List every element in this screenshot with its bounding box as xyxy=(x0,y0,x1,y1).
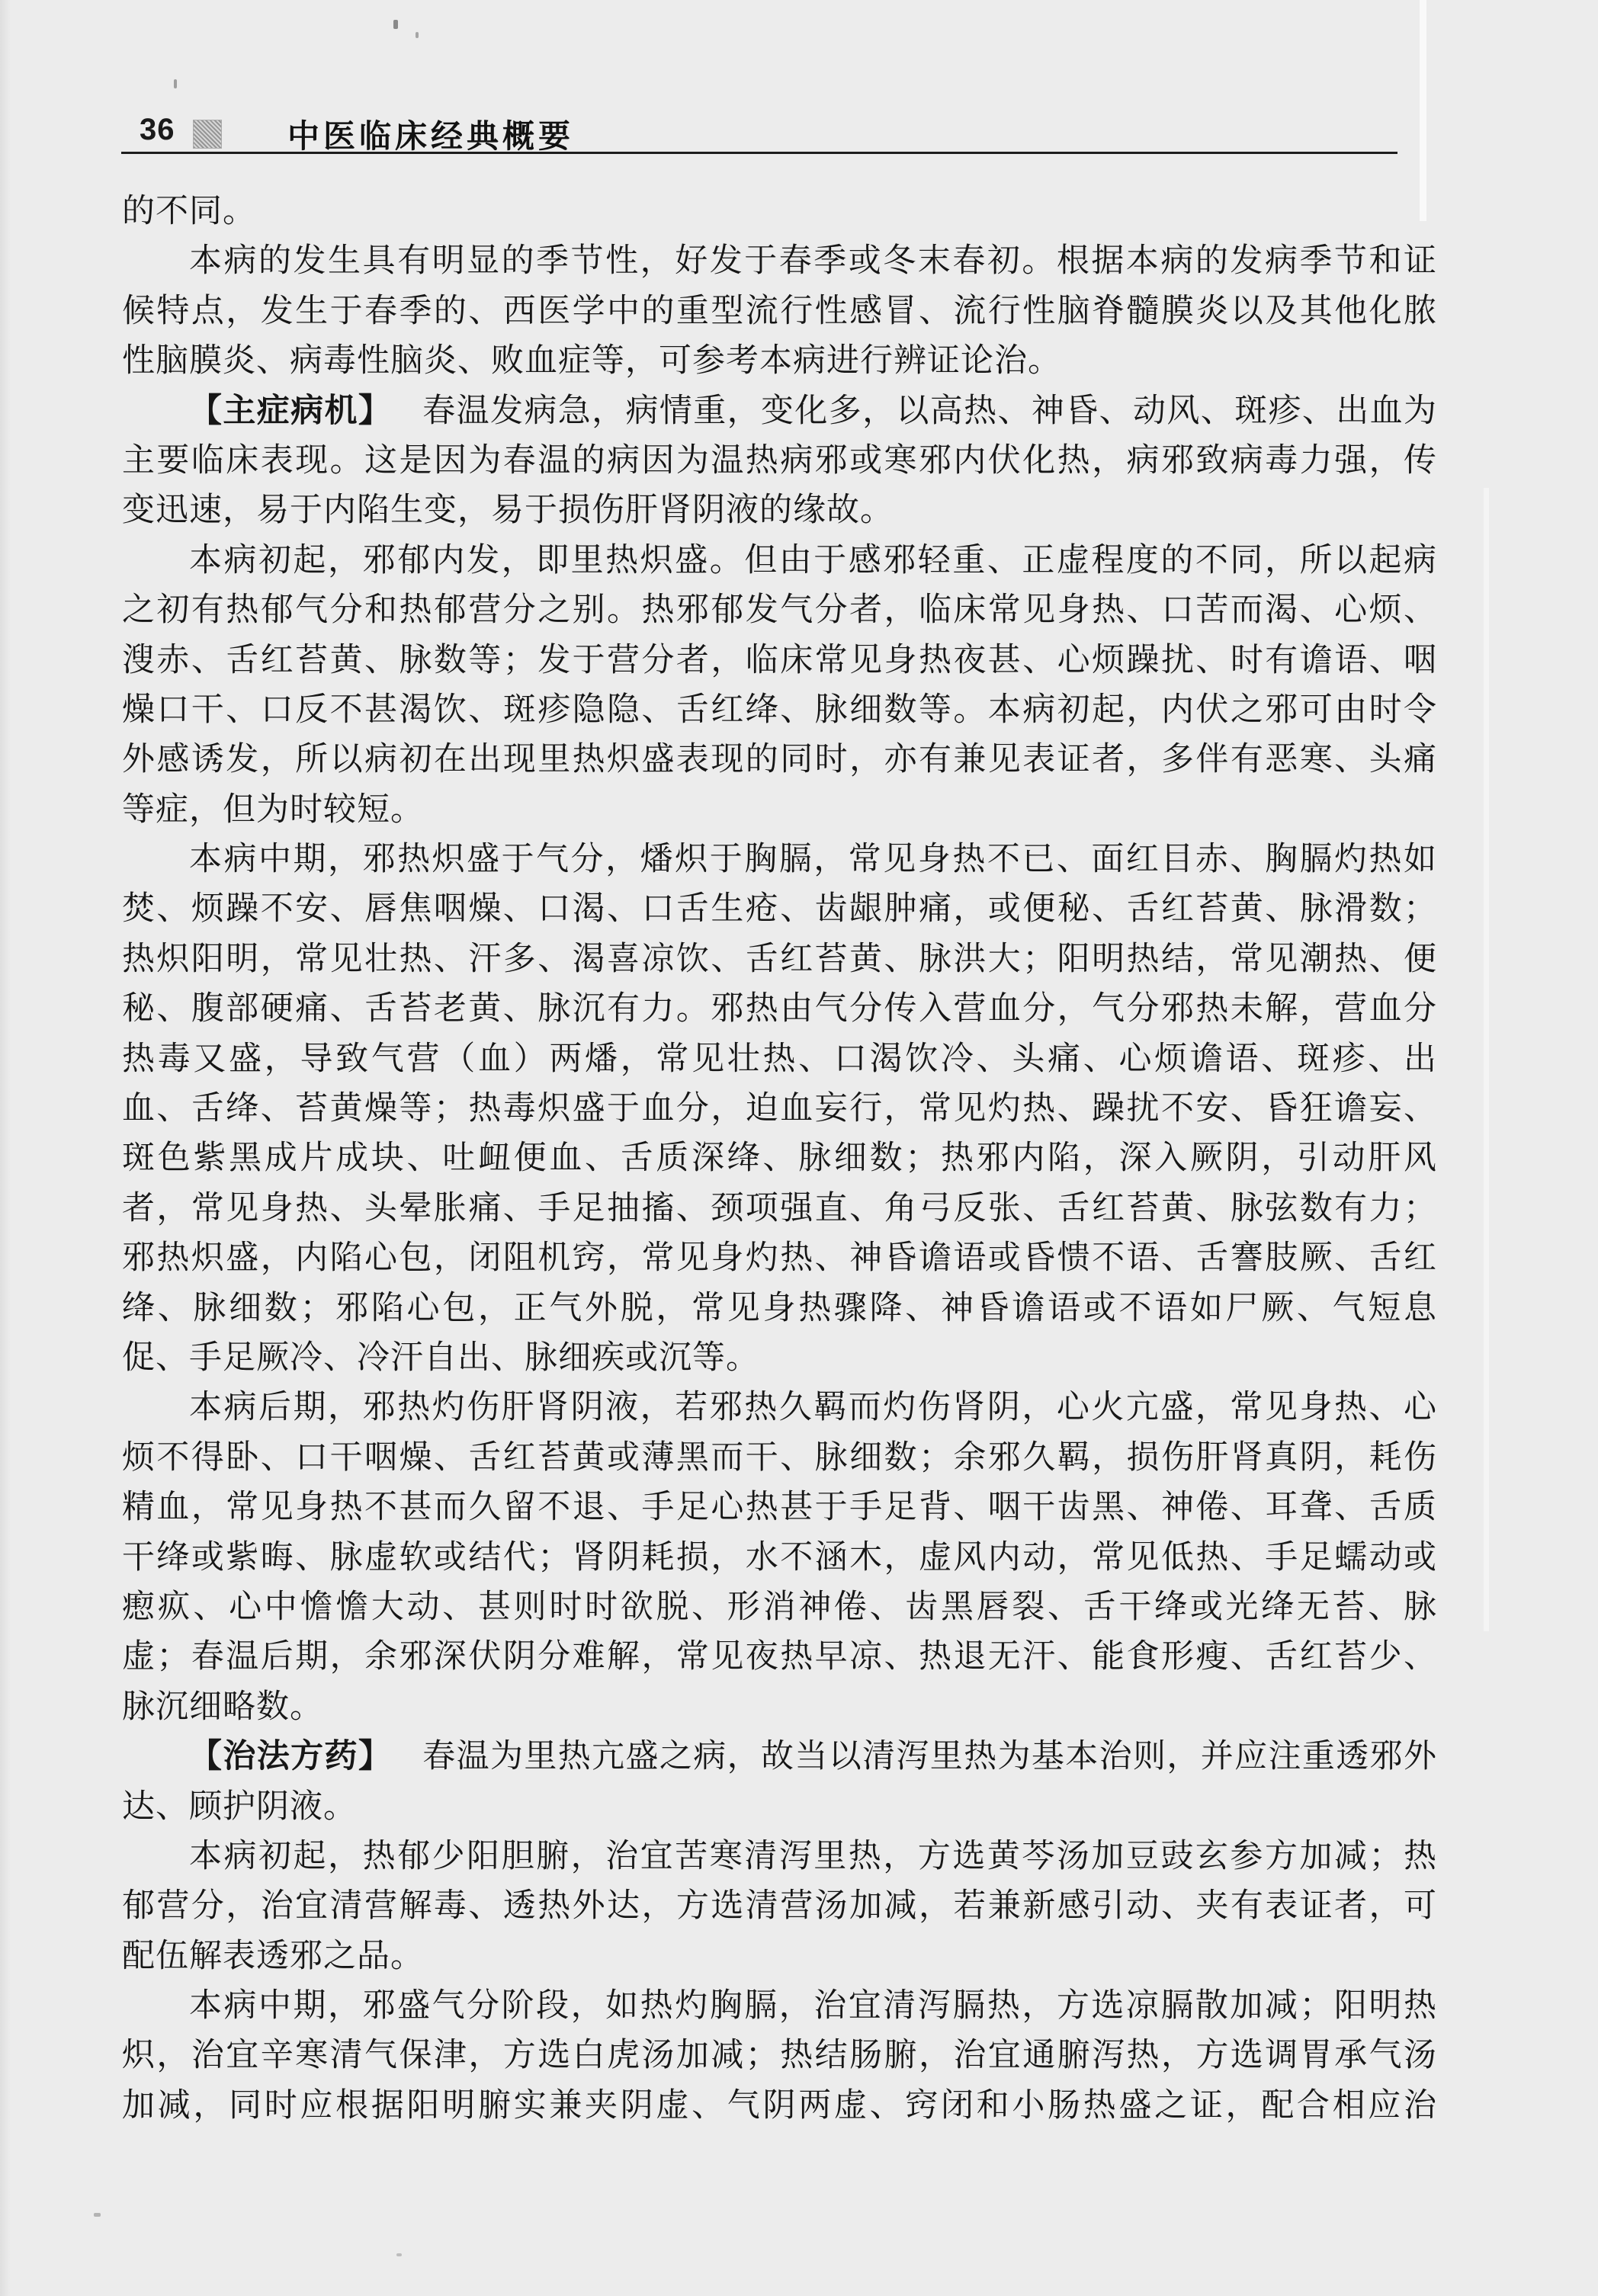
text-line: 【治法方药】春温为里热亢盛之病，故当以清泻里热为基本治则，并应注重透邪外 xyxy=(122,1732,1437,1781)
text-line: 本病的发生具有明显的季节性，好发于春季或冬末春初。根据本病的发病季节和证 xyxy=(122,236,1437,286)
text-line: 者，常见身热、头晕胀痛、手足抽搐、颈项强直、角弓反张、舌红苔黄、脉弦数有力； xyxy=(122,1184,1437,1233)
text-line: 脉沉细略数。 xyxy=(122,1682,1437,1732)
text-line: 等症，但为时较短。 xyxy=(122,785,1437,835)
text-line: 热炽阳明，常见壮热、汗多、渴喜凉饮、舌红苔黄、脉洪大；阳明热结，常见潮热、便 xyxy=(122,935,1437,984)
text-line: 溲赤、舌红苔黄、脉数等；发于营分者，临床常见身热夜甚、心烦躁扰、时有谵语、咽 xyxy=(122,636,1437,685)
text-line: 瘛疭、心中憺憺大动、甚则时时欲脱、形消神倦、齿黑唇裂、舌干绛或光绛无苔、脉 xyxy=(122,1583,1437,1632)
text-line: 炽，治宜辛寒清气保津，方选白虎汤加减；热结肠腑，治宜通腑泻热，方选调胃承气汤 xyxy=(122,2031,1437,2080)
text-line: 干绛或紫晦、脉虚软或结代；肾阴耗损，水不涵木，虚风内动，常见低热、手足蠕动或 xyxy=(122,1533,1437,1583)
text-line: 郁营分，治宜清营解毒、透热外达，方选清营汤加减，若兼新感引动、夹有表证者，可 xyxy=(122,1881,1437,1931)
text-line: 邪热炽盛，内陷心包，闭阻机窍，常见身灼热、神昏谵语或昏愦不语、舌謇肢厥、舌红 xyxy=(122,1233,1437,1283)
book-page: 36 中医临床经典概要 的不同。本病的发生具有明显的季节性，好发于春季或冬末春初… xyxy=(0,0,1598,2296)
text-line: 本病后期，邪热灼伤肝肾阴液，若邪热久羁而灼伤肾阴，心火亢盛，常见身热、心 xyxy=(122,1383,1437,1432)
scan-speck xyxy=(393,20,398,29)
text-line: 主要临床表现。这是因为春温的病因为温热病邪或寒邪内伏化热，病邪致病毒力强，传 xyxy=(122,436,1437,486)
text-line: 烦不得卧、口干咽燥、舌红苔黄或薄黑而干、脉细数；余邪久羁，损伤肝肾真阴，耗伤 xyxy=(122,1433,1437,1483)
text-line: 的不同。 xyxy=(122,187,1437,236)
header-rule xyxy=(121,152,1397,154)
scan-streak xyxy=(1484,488,1489,1631)
text-line: 虚；春温后期，余邪深伏阴分难解，常见夜热早凉、热退无汗、能食形瘦、舌红苔少、 xyxy=(122,1632,1437,1682)
text-line: 焚、烦躁不安、唇焦咽燥、口渴、口舌生疮、齿龈肿痛，或便秘、舌红苔黄、脉滑数； xyxy=(122,884,1437,934)
scan-streak xyxy=(1420,0,1426,221)
text-line: 加减，同时应根据阳明腑实兼夹阴虚、气阴两虚、窍闭和小肠热盛之证，配合相应治 xyxy=(122,2081,1437,2131)
text-line: 热毒又盛，导致气营（血）两燔，常见壮热、口渴饮冷、头痛、心烦谵语、斑疹、出 xyxy=(122,1034,1437,1084)
text-line: 外感诱发，所以病初在出现里热炽盛表现的同时，亦有兼见表证者，多伴有恶寒、头痛 xyxy=(122,735,1437,784)
text-line: 斑色紫黑成片成块、吐衄便血、舌质深绛、脉细数；热邪内陷，深入厥阴，引动肝风 xyxy=(122,1134,1437,1183)
text-line: 本病中期，邪盛气分阶段，如热灼胸膈，治宜清泻膈热，方选凉膈散加减；阳明热 xyxy=(122,1981,1437,2031)
scan-edge-shadow xyxy=(0,0,11,2296)
text-line: 变迅速，易于内陷生变，易于损伤肝肾阴液的缘故。 xyxy=(122,486,1437,535)
text-line: 绛、脉细数；邪陷心包，正气外脱，常见身热骤降、神昏谵语或不语如尸厥、气短息 xyxy=(122,1284,1437,1333)
text-line: 秘、腹部硬痛、舌苔老黄、脉沉有力。邪热由气分传入营血分，气分邪热未解，营血分 xyxy=(122,984,1437,1034)
scan-speck xyxy=(396,2253,402,2256)
text-line: 本病初起，热郁少阳胆腑，治宜苦寒清泻里热，方选黄芩汤加豆豉玄参方加减；热 xyxy=(122,1832,1437,1881)
text-line: 配伍解表透邪之品。 xyxy=(122,1932,1437,1981)
scan-speck xyxy=(94,2213,101,2217)
body-text: 的不同。本病的发生具有明显的季节性，好发于春季或冬末春初。根据本病的发病季节和证… xyxy=(122,187,1437,2131)
text-line: 促、手足厥冷、冷汗自出、脉细疾或沉等。 xyxy=(122,1333,1437,1383)
hatched-square-icon xyxy=(193,120,222,149)
text-line: 精血，常见身热不甚而久留不退、手足心热甚于手足背、咽干齿黑、神倦、耳聋、舌质 xyxy=(122,1483,1437,1532)
text-line: 性脑膜炎、病毒性脑炎、败血症等，可参考本病进行辨证论治。 xyxy=(122,336,1437,386)
text-line: 本病初起，邪郁内发，即里热炽盛。但由于感邪轻重、正虚程度的不同，所以起病 xyxy=(122,536,1437,585)
text-line: 之初有热郁气分和热郁营分之别。热邪郁发气分者，临床常见身热、口苦而渴、心烦、 xyxy=(122,585,1437,635)
text-line: 达、顾护阴液。 xyxy=(122,1782,1437,1832)
section-label: 【主症病机】 xyxy=(189,393,392,429)
book-title: 中医临床经典概要 xyxy=(287,111,574,157)
text-line: 【主症病机】春温发病急，病情重，变化多，以高热、神昏、动风、斑疹、出血为 xyxy=(122,386,1437,436)
page-number: 36 xyxy=(140,113,175,147)
text-line: 燥口干、口反不甚渴饮、斑疹隐隐、舌红绛、脉细数等。本病初起，内伏之邪可由时令 xyxy=(122,685,1437,735)
scan-speck xyxy=(416,32,419,38)
text-line: 候特点，发生于春季的、西医学中的重型流行性感冒、流行性脑脊髓膜炎以及其他化脓 xyxy=(122,287,1437,336)
section-label: 【治法方药】 xyxy=(189,1739,392,1775)
text-line: 血、舌绛、苔黄燥等；热毒炽盛于血分，迫血妄行，常见灼热、躁扰不安、昏狂谵妄、 xyxy=(122,1084,1437,1134)
scan-speck xyxy=(174,79,177,88)
text-line: 本病中期，邪热炽盛于气分，燔炽于胸膈，常见身热不已、面红目赤、胸膈灼热如 xyxy=(122,835,1437,884)
